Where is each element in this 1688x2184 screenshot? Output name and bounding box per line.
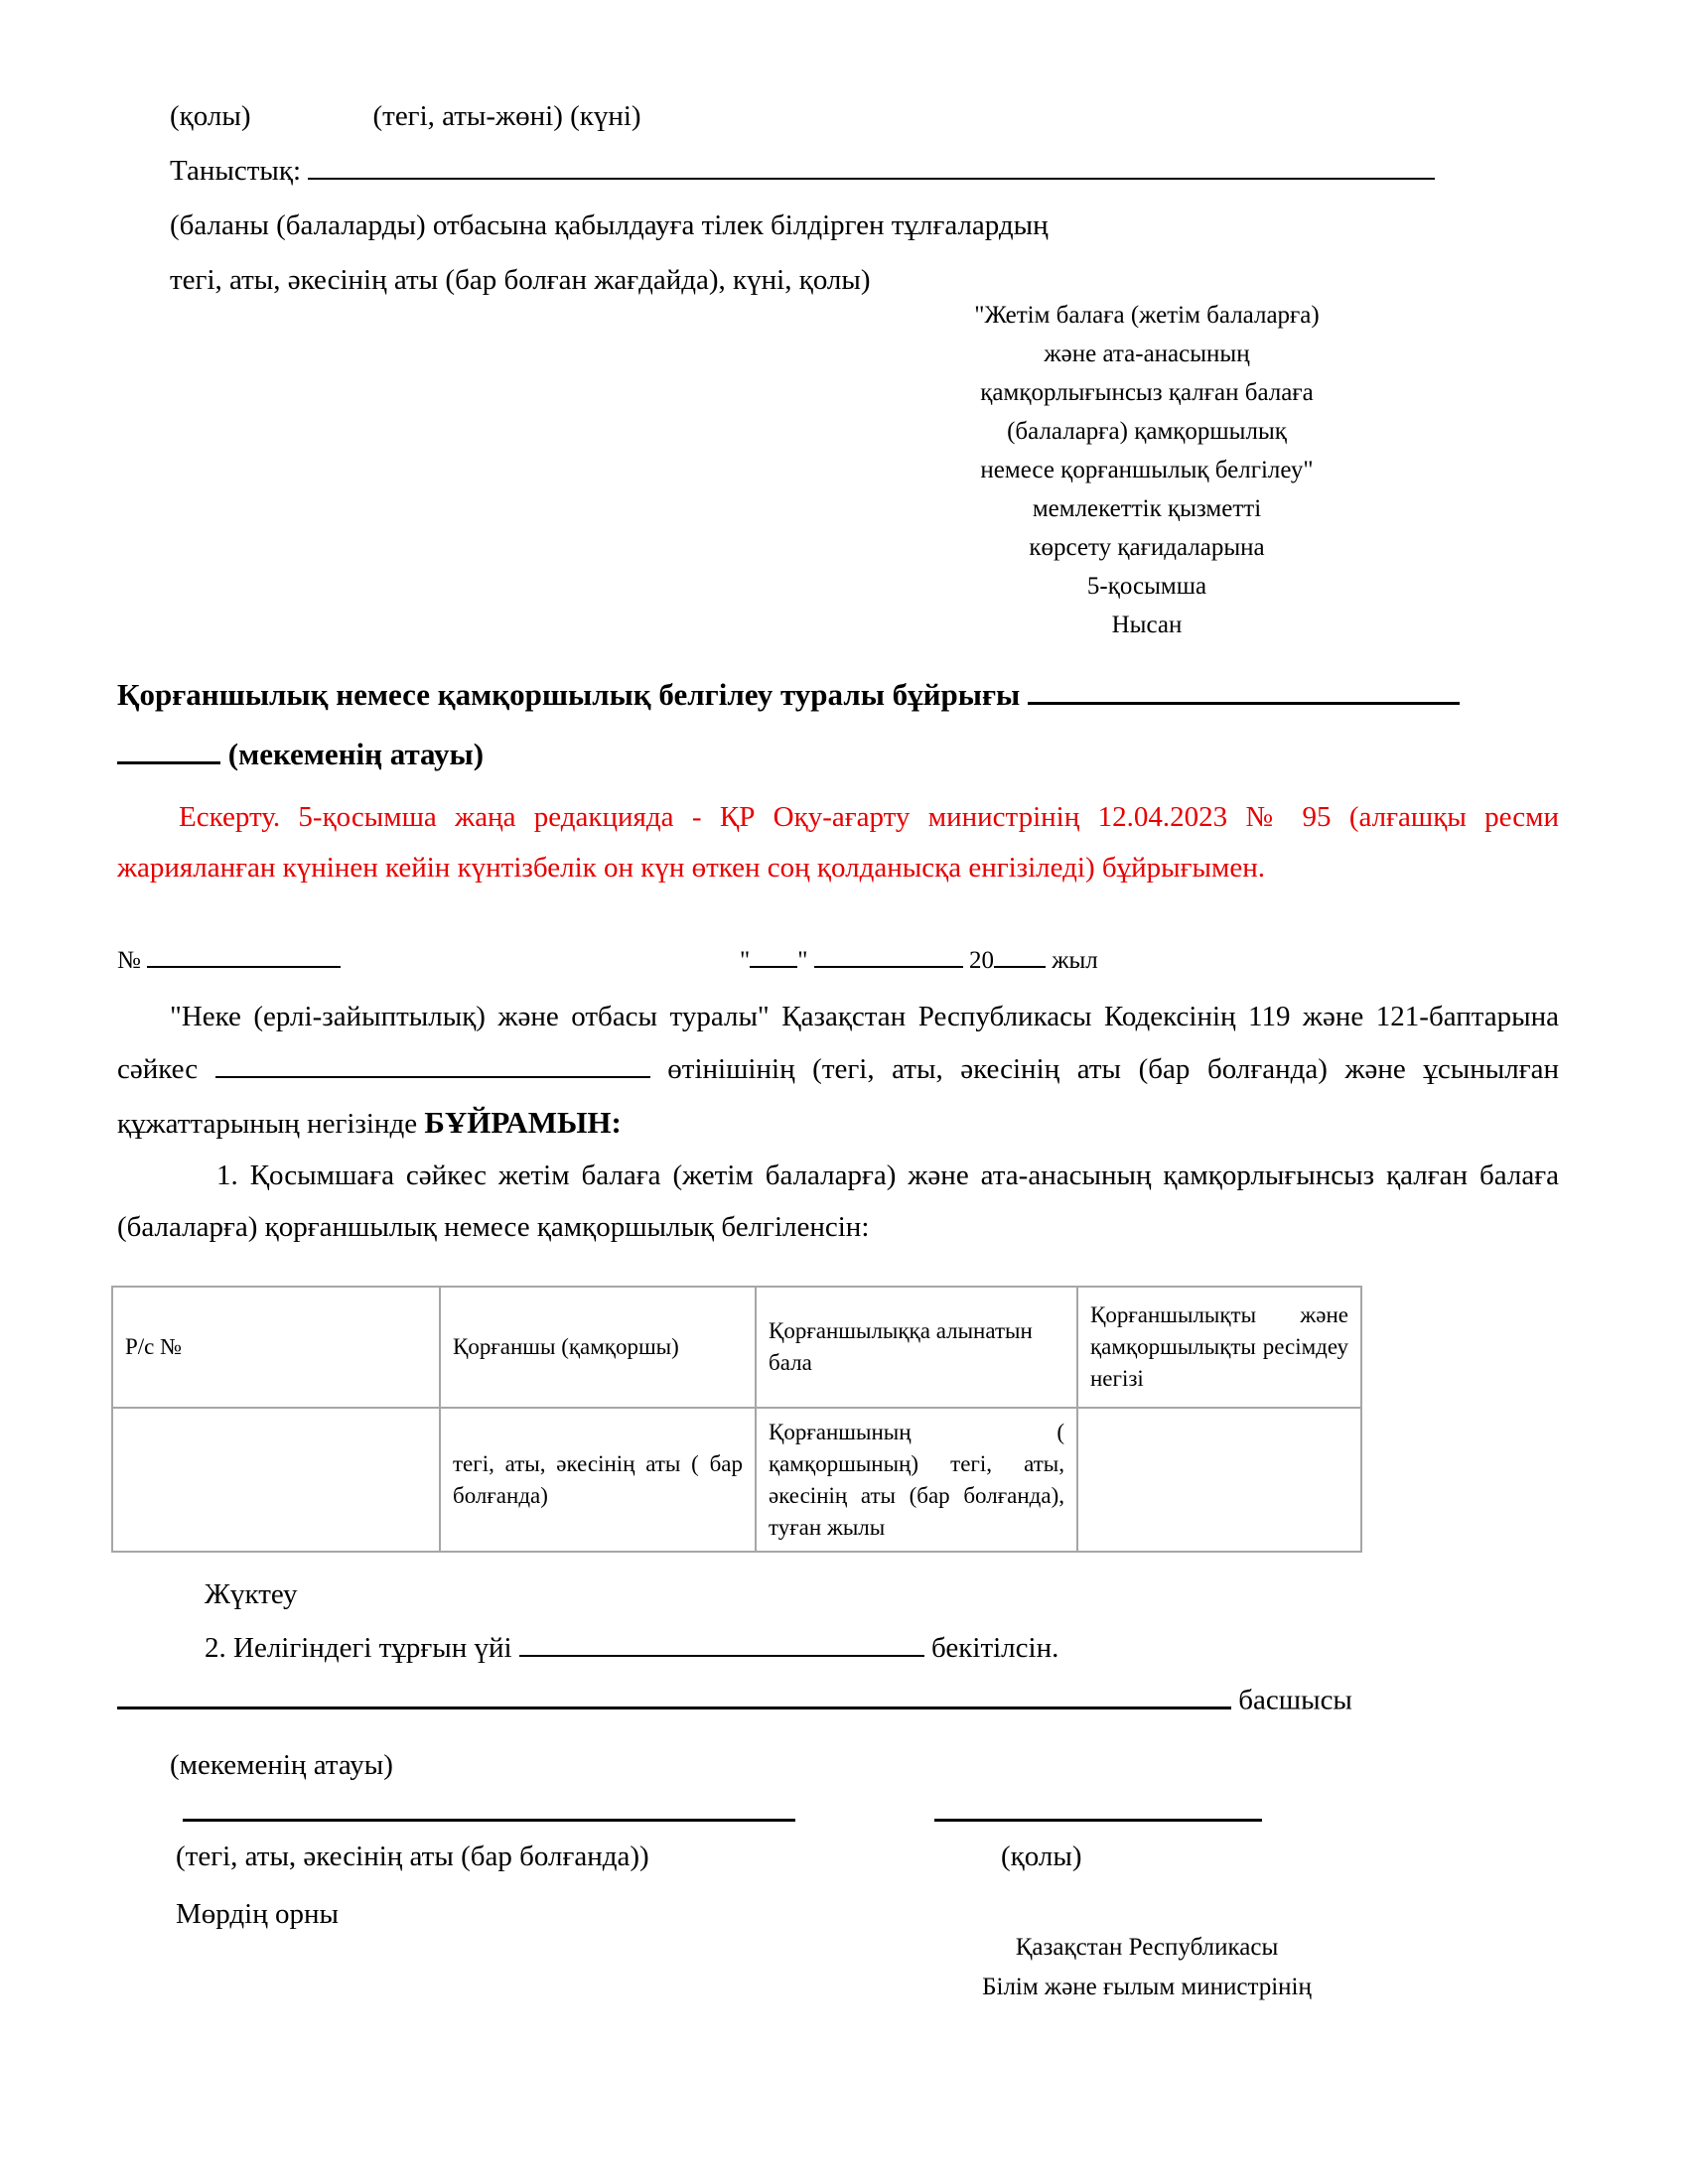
year-blank-line (994, 943, 1046, 968)
table-header-cell-basis: Қорғаншылықты және қамқоршылықты ресімде… (1077, 1287, 1361, 1408)
signature-caption-left: (қолы) (170, 100, 250, 132)
table-cell-basis (1077, 1408, 1361, 1552)
download-link[interactable]: Жүктеу (205, 1574, 298, 1614)
amendment-note: Ескерту. 5-қосымша жаңа редакцияда - ҚР … (117, 792, 1559, 893)
clause-2-prefix: 2. Иелігіндегі тұрғын үйі (205, 1632, 512, 1664)
table-header-cell-guardian: Қорғаншы (қамқоршы) (440, 1287, 756, 1408)
table-grid: Р/с № Қорғаншы (қамқоршы) Қорғаншылыққа … (111, 1286, 1362, 1553)
signature-caption-right: (тегі, аты-жөні) (күні) (372, 100, 640, 132)
day-quote-open: " (740, 947, 750, 974)
decree-word: БҰЙРАМЫН: (424, 1105, 622, 1140)
clause-2: 2. Иелігіндегі тұрғын үйі бекітілсін. (205, 1628, 1058, 1668)
number-blank-line (147, 943, 341, 968)
ministry-line: Қазақстан Республикасы (923, 1928, 1370, 1968)
applicant-blank-line (215, 1049, 650, 1078)
footer-signature-caption: (қолы) (1001, 1837, 1081, 1876)
ministry-block: Қазақстан Республикасы Білім және ғылым … (923, 1928, 1370, 2007)
table-header-cell-number: Р/с № (112, 1287, 440, 1408)
day-blank-line (750, 943, 797, 968)
table-cell-guardian: тегі, аты, әкесінің аты ( бар болғанда) (440, 1408, 756, 1552)
appendix-line: мемлекеттік қызметті (923, 489, 1370, 528)
ministry-line: Білім және ғылым министрінің (923, 1968, 1370, 2007)
preamble-paragraph: "Неке (ерлі-зайыптылық) және отбасы тура… (117, 991, 1559, 1151)
footer-name-caption: (тегі, аты, әкесінің аты (бар болғанда)) (176, 1841, 649, 1872)
appendix-line: 5-қосымша (923, 567, 1370, 606)
institution-blank-line (117, 733, 220, 764)
signature-captions-line: (қолы)(тегі, аты-жөні) (күні) (170, 89, 1580, 144)
appendix-reference-block: "Жетім балаға (жетім балаларға) және ата… (923, 296, 1370, 644)
seal-place-caption: Мөрдің орны (176, 1894, 339, 1934)
order-title: Қорғаншылық немесе қамқоршылық белгілеу … (117, 665, 1569, 784)
institution-head-line: басшысы (117, 1680, 1352, 1720)
institution-head-blank-line (117, 1680, 1231, 1709)
month-blank-line (814, 943, 963, 968)
table-header-row: Р/с № Қорғаншы (қамқоршы) Қорғаншылыққа … (112, 1287, 1361, 1408)
guardianship-table: Р/с № Қорғаншы (қамқоршы) Қорғаншылыққа … (111, 1286, 1360, 1553)
appendix-line: және ата-анасының (923, 335, 1370, 373)
acquainted-line: Таныстық: (170, 144, 1580, 199)
number-sign: № (117, 947, 141, 974)
appendix-line: қамқорлығынсыз қалған балаға (923, 373, 1370, 412)
year-prefix: 20 (969, 947, 994, 974)
year-word: жыл (1052, 947, 1098, 974)
clause-2-suffix: бекітілсін. (931, 1632, 1058, 1664)
appendix-line: "Жетім балаға (жетім балаларға) (923, 296, 1370, 335)
order-title-blank-line (1028, 673, 1460, 705)
institution-head-label: басшысы (1238, 1685, 1352, 1716)
number-date-line: № "" 20 жыл (117, 943, 1559, 978)
footer-captions: (тегі, аты, әкесінің аты (бар болғанда))… (176, 1837, 1467, 1876)
appendix-line: көрсету қағидаларына (923, 528, 1370, 567)
top-signature-block: (қолы)(тегі, аты-жөні) (күні) Таныстық: … (170, 89, 1580, 308)
table-cell-child: Қорғаншының ( қамқоршының) тегі, аты, әк… (756, 1408, 1077, 1552)
house-blank-line (519, 1628, 924, 1657)
institution-caption: (мекеменің атауы) (228, 737, 484, 771)
clause-1: 1. Қосымшаға сәйкес жетім балаға (жетім … (117, 1150, 1559, 1253)
order-title-text: Қорғаншылық немесе қамқоршылық белгілеу … (117, 677, 1020, 712)
appendix-line: Нысан (923, 606, 1370, 644)
sign-signature-rule (934, 1819, 1262, 1822)
institution-caption-2: (мекеменің атауы) (170, 1745, 393, 1785)
table-cell-number (112, 1408, 440, 1552)
day-quote-close: " (797, 947, 807, 974)
document-page: (қолы)(тегі, аты-жөні) (күні) Таныстық: … (0, 0, 1688, 2184)
appendix-line: (балаларға) қамқоршылық (923, 412, 1370, 451)
appendix-line: немесе қорғаншылық белгілеу" (923, 451, 1370, 489)
acquainted-note-line1: (баланы (балаларды) отбасына қабылдауға … (170, 199, 1580, 253)
table-header-cell-child: Қорғаншылыққа алынатын бала (756, 1287, 1077, 1408)
table-row: тегі, аты, әкесінің аты ( бар болғанда) … (112, 1408, 1361, 1552)
acquainted-blank-line (308, 151, 1435, 180)
date-part: "" 20 жыл (740, 943, 1098, 978)
name-signature-rule (183, 1819, 795, 1822)
acquainted-label: Таныстық: (170, 155, 301, 187)
